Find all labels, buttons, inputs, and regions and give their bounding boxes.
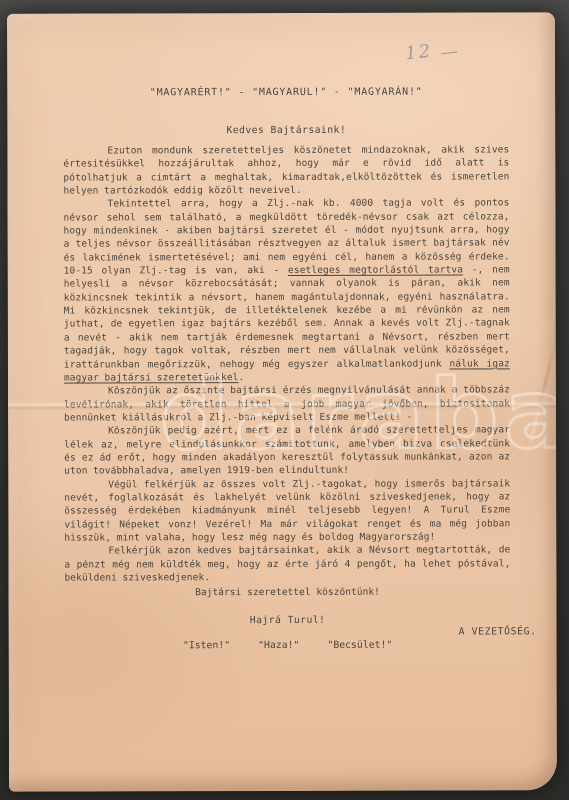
document-body: Ezuton mondunk szeretetteljes köszönetet… bbox=[63, 143, 510, 585]
document-title: "MAGYARÉRT!" - "MAGYARUL!" - "MAGYARÁN!" bbox=[63, 86, 509, 98]
paragraph: Tekintettel arra, hogy a Zlj.-nak kb. 40… bbox=[63, 197, 509, 385]
cheer-line: Hajrá Turul! bbox=[65, 615, 511, 627]
paragraph: Felkérjük azon kedves bajtársainkat, aki… bbox=[64, 544, 510, 585]
paragraph: Végül felkérjük az összes volt Zlj.-tago… bbox=[64, 477, 510, 545]
scanned-document-photo: { "handwriting": { "number": "12", "dash… bbox=[0, 0, 569, 800]
salutation: Kedves Bajtársaink! bbox=[63, 124, 509, 136]
document-page: 12 — "MAGYARÉRT!" - "MAGYARUL!" - "MAGYA… bbox=[7, 12, 557, 791]
motto-word: "Becsület!" bbox=[327, 640, 392, 651]
page-number-digits: 12 bbox=[404, 41, 433, 65]
handwritten-page-number: 12 — bbox=[404, 38, 459, 65]
page-number-dash: — bbox=[439, 41, 459, 64]
motto-row: "Isten!""Haza!""Becsület!" bbox=[65, 640, 511, 652]
paragraph: Ezuton mondunk szeretetteljes köszönetet… bbox=[63, 143, 509, 198]
closing-line: Bajtársi szeretettel köszöntünk! bbox=[64, 587, 510, 599]
signature: A VEZETŐSÉG. bbox=[65, 627, 537, 639]
paragraph: Köszönjük az őszinte bajtársi érzés megn… bbox=[64, 384, 510, 425]
motto-word: "Haza!" bbox=[258, 640, 299, 651]
paragraph: Köszönjük pedig azért, mert ez a felénk … bbox=[64, 424, 510, 479]
motto-word: "Isten!" bbox=[183, 640, 230, 651]
